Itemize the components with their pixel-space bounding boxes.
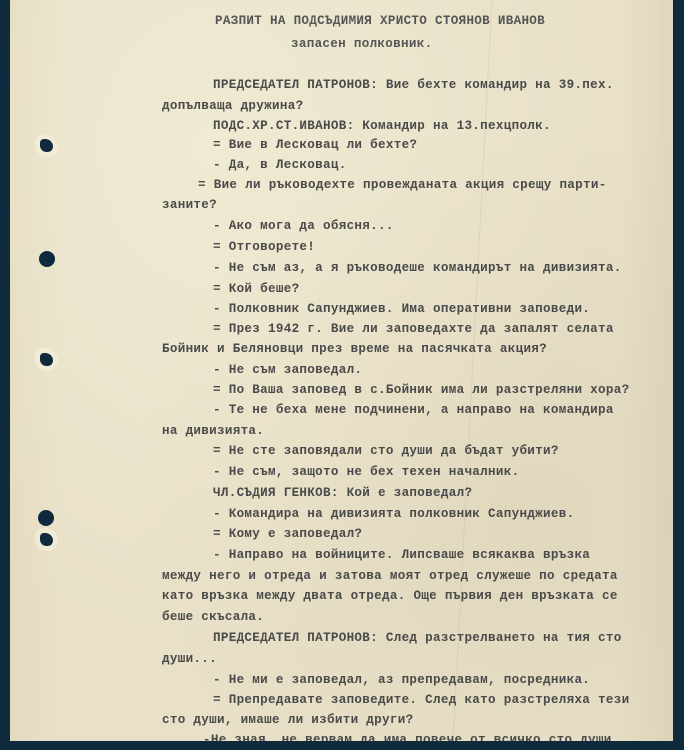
text-line: - Не съм заповедал. bbox=[213, 363, 362, 377]
paper-fold bbox=[453, 0, 493, 740]
text-line: = Не сте заповядали сто души да бъдат уб… bbox=[213, 444, 559, 458]
torn-punch-hole bbox=[40, 139, 53, 152]
document-subtitle: запасен полковник. bbox=[291, 37, 432, 51]
text-line: = Кому е заповедал? bbox=[213, 527, 362, 541]
text-line: - Ако мога да обясня... bbox=[213, 219, 394, 233]
text-line: Бойник и Беляновци през време на пасячка… bbox=[162, 342, 547, 356]
text-line: -Не зная, не вервам да има повече от вси… bbox=[203, 733, 619, 741]
text-line: - Не съм, защото не бех техен началник. bbox=[213, 465, 519, 479]
text-line: - Да, в Лесковац. bbox=[213, 158, 347, 172]
text-line: = Препредавате заповедите. След като раз… bbox=[213, 693, 629, 707]
text-line: между него и отреда и затова моят отред … bbox=[162, 569, 618, 583]
torn-punch-hole bbox=[40, 353, 53, 366]
text-line: беше скъсала. bbox=[162, 610, 264, 624]
text-line: - Не съм аз, а я ръководеше командирът н… bbox=[213, 261, 622, 275]
text-line: = Кой беше? bbox=[213, 282, 299, 296]
text-line: = По Ваша заповед в с.Бойник има ли разс… bbox=[213, 383, 629, 397]
text-line: сто души, имаше ли избити други? bbox=[162, 713, 413, 727]
text-line: души... bbox=[162, 652, 217, 666]
text-line: - Направо на войниците. Липсваше всякакв… bbox=[213, 548, 590, 562]
text-line: = Вие в Лесковац ли бехте? bbox=[213, 138, 417, 152]
text-line: = Вие ли ръководехте провежданата акция … bbox=[198, 178, 607, 192]
text-line: = Отговорете! bbox=[213, 240, 315, 254]
text-line: допълваща дружина? bbox=[162, 99, 303, 113]
torn-punch-hole bbox=[40, 533, 53, 546]
document-title: РАЗПИТ НА ПОДСЪДИМИЯ ХРИСТО СТОЯНОВ ИВАН… bbox=[215, 14, 545, 28]
text-line: ПРЕДСЕДАТЕЛ ПАТРОНОВ: Вие бехте командир… bbox=[213, 78, 614, 92]
text-line: ЧЛ.СЪДИЯ ГЕНКОВ: Кой е заповедал? bbox=[213, 486, 472, 500]
text-line: като връзка между двата отреда. Още първ… bbox=[162, 589, 618, 603]
text-line: = През 1942 г. Вие ли заповедахте да зап… bbox=[213, 322, 614, 336]
text-line: заните? bbox=[162, 198, 217, 212]
text-line: - Не ми е заповедал, аз препредавам, пос… bbox=[213, 673, 590, 687]
document-page: РАЗПИТ НА ПОДСЪДИМИЯ ХРИСТО СТОЯНОВ ИВАН… bbox=[10, 0, 673, 741]
text-line: ПОДС.ХР.СТ.ИВАНОВ: Командир на 13.пехцпо… bbox=[213, 119, 551, 133]
punch-hole bbox=[39, 251, 55, 267]
text-line: - Полковник Сапунджиев. Има оперативни з… bbox=[213, 302, 590, 316]
text-line: ПРЕДСЕДАТЕЛ ПАТРОНОВ: След разстрелванет… bbox=[213, 631, 622, 645]
text-line: на дивизията. bbox=[162, 424, 264, 438]
text-line: - Те не беха мене подчинени, а направо н… bbox=[213, 403, 614, 417]
punch-hole bbox=[38, 510, 54, 526]
text-line: - Командира на дивизията полковник Сапун… bbox=[213, 507, 574, 521]
